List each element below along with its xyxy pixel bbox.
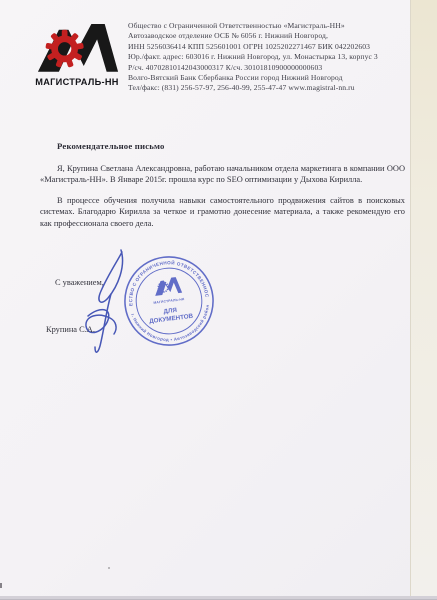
scanned-recommendation-letter: МАГИСТРАЛЬ-НН Общество с Ограниченной От… <box>0 0 437 600</box>
signatory-name: Крупина С.А. <box>46 325 95 334</box>
paper-speck <box>108 567 110 569</box>
letterhead-line: Волго-Вятский Банк Сбербанка России горо… <box>128 73 422 83</box>
company-stamp: ОБЩЕСТВО С ОГРАНИЧЕННОЙ ОТВЕТСТВЕННОСТЬЮ… <box>117 249 222 354</box>
stamp-purpose-line2: ДОКУМЕНТОВ <box>149 313 194 325</box>
letter-paragraph: В процессе обучения получила навыки само… <box>40 195 405 229</box>
letter-paragraph: Я, Крупина Светлана Александровна, работ… <box>40 163 405 186</box>
letter-body: Я, Крупина Светлана Александровна, работ… <box>40 163 405 238</box>
letterhead-line: Юр./факт. адрес: 603016 г. Нижний Новгор… <box>128 52 422 62</box>
logo-brand-name: МАГИСТРАЛЬ-НН <box>30 77 124 87</box>
letterhead-line: Автозаводское отделение ОСБ № 6056 г. Ни… <box>128 31 422 41</box>
letterhead-details: Общество с Ограниченной Ответственностью… <box>128 21 422 94</box>
letter-title: Рекомендательное письмо <box>57 141 165 151</box>
letterhead-line: Р/сч. 40702810142043000317 К/сч. 3010181… <box>128 63 422 73</box>
company-logo-icon <box>36 16 120 76</box>
letterhead-line: Тел/факс: (831) 256-57-97, 256-40-99, 25… <box>128 83 422 93</box>
stamp-logo-icon <box>153 277 182 296</box>
letterhead-line: Общество с Ограниченной Ответственностью… <box>128 21 422 31</box>
stamp-brand-text: МАГИСТРАЛЬ-НН <box>153 297 185 305</box>
letterhead-line: ИНН 5256036414 КПП 525601001 ОГРН 102520… <box>128 42 422 52</box>
paper-speck <box>0 583 2 588</box>
